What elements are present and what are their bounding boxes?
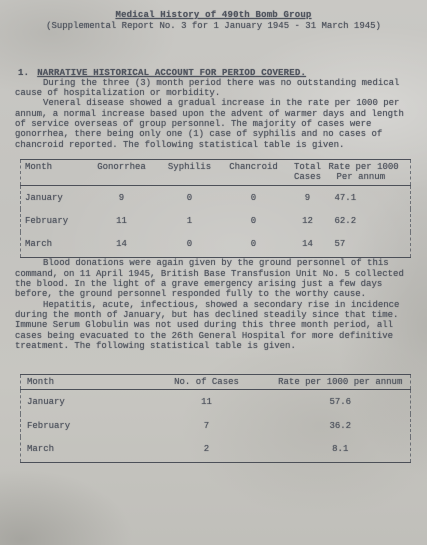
table-cell: January xyxy=(21,185,85,209)
table-row-february: February 7 36.2 xyxy=(21,414,411,437)
page-title: Medical History of 490th Bomb Group xyxy=(0,10,427,20)
table-cell: 0 xyxy=(159,185,221,209)
header-total-cases: Total Cases xyxy=(287,159,329,185)
table-row-january: January 9 0 0 9 47.1 xyxy=(21,185,411,209)
header-gonorrhea: Gonorrhea xyxy=(85,159,159,185)
hepatitis-table: Month No. of Cases Rate per 1000 per ann… xyxy=(20,374,411,463)
venereal-disease-table: Month Gonorrhea Syphilis Chancroid Total… xyxy=(20,159,411,258)
table-cell: 57 xyxy=(329,232,411,258)
header-rate: Rate per 1000 per annum xyxy=(271,375,411,390)
table-row-february: February 11 1 0 12 62.2 xyxy=(21,209,411,232)
table-cell: February xyxy=(21,414,143,437)
table-cell: 14 xyxy=(85,232,159,258)
table-cell: 2 xyxy=(143,437,271,463)
table-cell: 57.6 xyxy=(271,390,411,414)
table-cell: 9 xyxy=(85,185,159,209)
table-row-january: January 11 57.6 xyxy=(21,390,411,414)
header-chancroid: Chancroid xyxy=(221,159,287,185)
table-cell: 8.1 xyxy=(271,437,411,463)
header-no-of-cases: No. of Cases xyxy=(143,375,271,390)
header-syphilis: Syphilis xyxy=(159,159,221,185)
table-cell: March xyxy=(21,232,85,258)
table-cell: 0 xyxy=(159,232,221,258)
table-cell: 12 xyxy=(287,209,329,232)
table-cell: 11 xyxy=(85,209,159,232)
scanned-document-page: Medical History of 490th Bomb Group (Sup… xyxy=(0,0,427,545)
paragraph-venereal-disease: Veneral disease showed a gradual increas… xyxy=(15,98,417,149)
title-block: Medical History of 490th Bomb Group (Sup… xyxy=(0,10,427,32)
report-subtitle: (Supplemental Report No. 3 for 1 January… xyxy=(0,21,427,31)
section-heading: 1.NARRATIVE HISTORICAL ACCOUNT FOR PERIO… xyxy=(18,68,427,78)
table-cell: February xyxy=(21,209,85,232)
section-number: 1. xyxy=(18,68,29,78)
table-cell: 36.2 xyxy=(271,414,411,437)
table-cell: 0 xyxy=(221,209,287,232)
table-cell: 62.2 xyxy=(329,209,411,232)
table-cell: 7 xyxy=(143,414,271,437)
venereal-disease-table-header: Month Gonorrhea Syphilis Chancroid Total… xyxy=(21,159,411,185)
table-cell: 0 xyxy=(221,232,287,258)
section-title: NARRATIVE HISTORICAL ACCOUNT FOR PERIOD … xyxy=(37,68,306,78)
paragraph-blood-donations: Blood donations were again given by the … xyxy=(15,258,417,299)
table-cell: 0 xyxy=(221,185,287,209)
header-month: Month xyxy=(21,375,143,390)
paragraph-overview: During the three (3) month period there … xyxy=(15,78,417,99)
paragraph-hepatitis: Hepatitis, acute, infectious, showed a s… xyxy=(15,300,417,351)
table-cell: 11 xyxy=(143,390,271,414)
table-cell: 47.1 xyxy=(329,185,411,209)
table-cell: 1 xyxy=(159,209,221,232)
header-month: Month xyxy=(21,159,85,185)
table-cell: March xyxy=(21,437,143,463)
table-cell: 14 xyxy=(287,232,329,258)
table-cell: 9 xyxy=(287,185,329,209)
header-rate: Rate per 1000 Per annum xyxy=(329,159,411,185)
table-cell: January xyxy=(21,390,143,414)
hepatitis-table-header: Month No. of Cases Rate per 1000 per ann… xyxy=(21,375,411,390)
table-row-march: March 2 8.1 xyxy=(21,437,411,463)
table-row-march: March 14 0 0 14 57 xyxy=(21,232,411,258)
